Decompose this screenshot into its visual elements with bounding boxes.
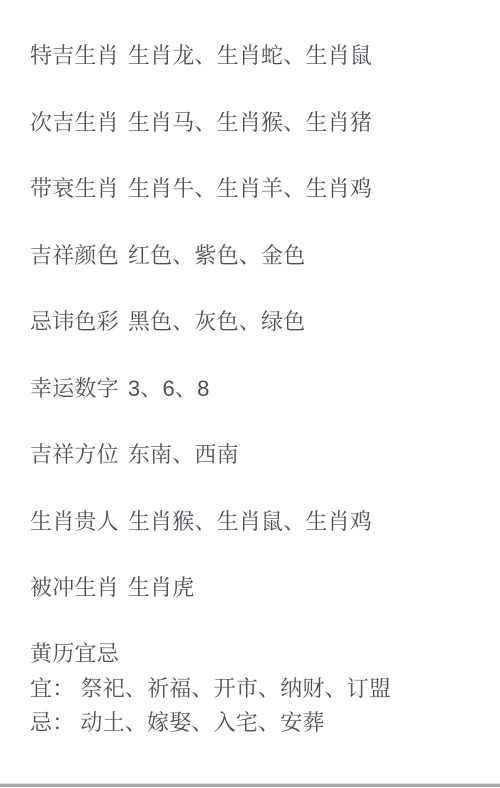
row-unlucky-zodiac: 带衰生肖生肖牛、生肖羊、生肖鸡 xyxy=(30,176,490,202)
almanac-line-label: 忌： xyxy=(30,710,74,735)
row-label: 忌讳色彩 xyxy=(30,309,119,334)
row-value: 生肖马、生肖猴、生肖猪 xyxy=(128,110,372,135)
row-value: 生肖猴、生肖鼠、生肖鸡 xyxy=(128,509,372,534)
row-clashing-zodiac: 被冲生肖生肖虎 xyxy=(30,575,490,601)
almanac-inauspicious-line: 忌：动土、嫁娶、入宅、安葬 xyxy=(30,710,490,736)
row-lucky-numbers: 幸运数字3、6、8 xyxy=(30,376,490,402)
row-label: 次吉生肖 xyxy=(30,110,119,135)
row-label: 被冲生肖 xyxy=(30,575,119,600)
row-second-lucky-zodiac: 次吉生肖生肖马、生肖猴、生肖猪 xyxy=(30,110,490,136)
almanac-line-label: 宜： xyxy=(30,676,74,701)
row-value: 生肖虎 xyxy=(128,575,195,600)
row-lucky-colors: 吉祥颜色红色、紫色、金色 xyxy=(30,243,490,269)
row-taboo-colors: 忌讳色彩黑色、灰色、绿色 xyxy=(30,309,490,335)
row-value: 生肖牛、生肖羊、生肖鸡 xyxy=(128,176,372,201)
almanac-line-value: 动土、嫁娶、入宅、安葬 xyxy=(80,710,324,735)
almanac-line-value: 祭祀、祈福、开市、纳财、订盟 xyxy=(80,676,391,701)
fortune-page: 特吉生肖生肖龙、生肖蛇、生肖鼠 次吉生肖生肖马、生肖猴、生肖猪 带衰生肖生肖牛、… xyxy=(0,0,500,788)
row-label: 幸运数字 xyxy=(30,376,119,401)
row-value: 生肖龙、生肖蛇、生肖鼠 xyxy=(128,43,372,68)
row-value: 红色、紫色、金色 xyxy=(128,243,306,268)
row-label: 特吉生肖 xyxy=(30,43,119,68)
row-zodiac-benefactors: 生肖贵人生肖猴、生肖鼠、生肖鸡 xyxy=(30,509,490,535)
row-label: 带衰生肖 xyxy=(30,176,119,201)
almanac-auspicious-line: 宜：祭祀、祈福、开市、纳财、订盟 xyxy=(30,676,490,702)
row-value: 东南、西南 xyxy=(128,442,239,467)
row-label: 生肖贵人 xyxy=(30,509,119,534)
row-label: 吉祥方位 xyxy=(30,442,119,467)
row-label: 吉祥颜色 xyxy=(30,243,119,268)
row-special-lucky-zodiac: 特吉生肖生肖龙、生肖蛇、生肖鼠 xyxy=(30,43,490,69)
almanac-title: 黄历宜忌 xyxy=(30,641,119,667)
bottom-divider xyxy=(0,783,500,787)
row-value: 黑色、灰色、绿色 xyxy=(128,309,306,334)
row-value: 3、6、8 xyxy=(128,376,210,401)
row-lucky-directions: 吉祥方位东南、西南 xyxy=(30,442,490,468)
